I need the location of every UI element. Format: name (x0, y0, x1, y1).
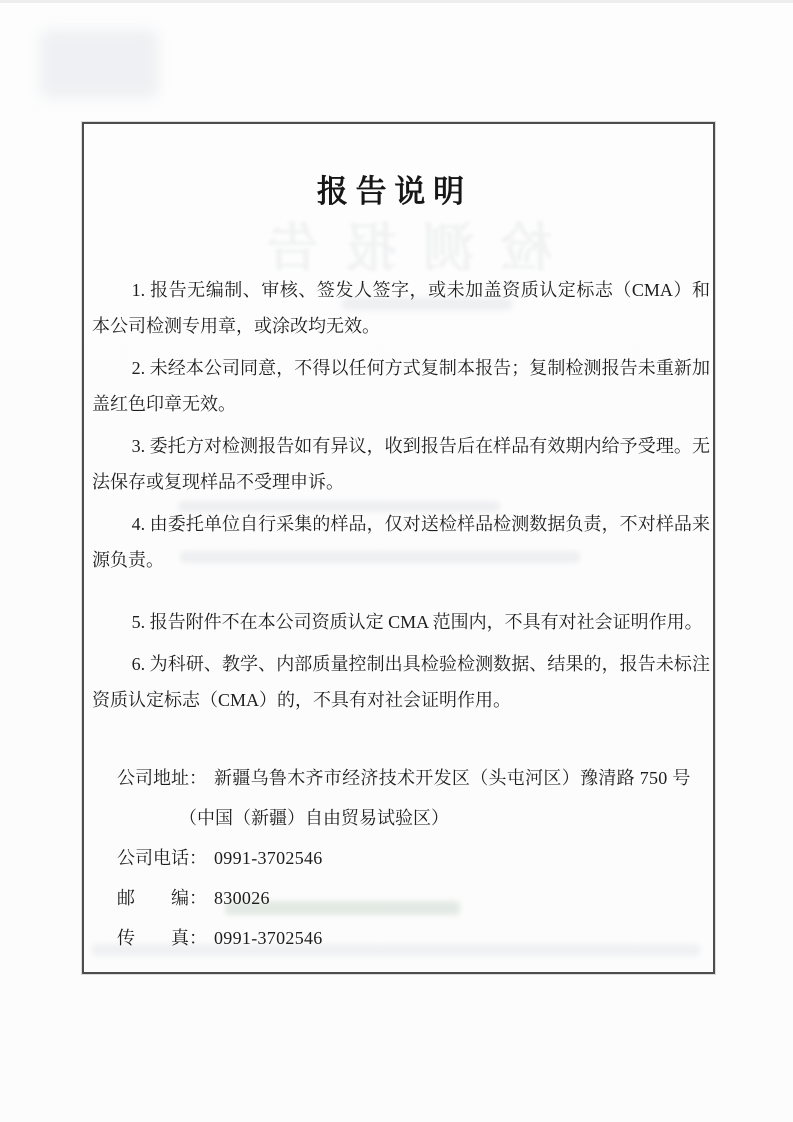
fax-value: 0991-3702546 (214, 928, 323, 948)
company-phone-row: 公司电话：0991-3702546 (117, 838, 713, 878)
company-address-value: 新疆乌鲁木齐市经济技术开发区（头屯河区）豫清路 750 号 (214, 768, 691, 788)
postcode-row: 邮 编：830026 (117, 878, 713, 918)
note-item-3: 3. 委托方对检测报告如有异议，收到报告后在样品有效期内给予受理。无法保存或复现… (92, 428, 710, 500)
company-address-line2: （中国（新疆）自由贸易试验区） (117, 798, 713, 838)
note-item-5: 5. 报告附件不在本公司资质认定 CMA 范围内，不具有对社会证明作用。 (92, 604, 710, 640)
note-item-4: 4. 由委托单位自行采集的样品，仅对送检样品检测数据负责，不对样品来源负责。 (92, 506, 710, 578)
scan-edge-artifact (0, 0, 793, 3)
page-title: 报 告 说 明 (76, 173, 705, 210)
note-item-1: 1. 报告无编制、审核、签发人签字，或未加盖资质认定标志（CMA）和本公司检测专… (92, 272, 710, 344)
bleed-through-artifact (40, 30, 158, 98)
postcode-value: 830026 (214, 888, 270, 908)
company-address-label: 公司地址： (117, 758, 207, 798)
note-item-2: 2. 未经本公司同意，不得以任何方式复制本报告；复制检测报告未重新加盖红色印章无… (92, 350, 710, 422)
company-address-row: 公司地址：新疆乌鲁木齐市经济技术开发区（头屯河区）豫清路 750 号 (117, 758, 713, 798)
fax-row: 传 真：0991-3702546 (117, 918, 713, 958)
notes-list: 1. 报告无编制、审核、签发人签字，或未加盖资质认定标志（CMA）和本公司检测专… (84, 272, 713, 718)
company-address-line2-text: （中国（新疆）自由贸易试验区） (179, 808, 449, 828)
postcode-label: 邮 编： (117, 878, 207, 918)
scanned-document-page: 检测报告 报 告 说 明 1. 报告无编制、审核、签发人签字，或未加盖资质认定标… (0, 0, 793, 1122)
contact-block: 公司地址：新疆乌鲁木齐市经济技术开发区（头屯河区）豫清路 750 号 （中国（新… (84, 758, 713, 958)
note-item-6: 6. 为科研、教学、内部质量控制出具检验检测数据、结果的，报告未标注资质认定标志… (92, 646, 710, 718)
report-notes-frame: 报 告 说 明 1. 报告无编制、审核、签发人签字，或未加盖资质认定标志（CMA… (82, 122, 715, 974)
company-phone-value: 0991-3702546 (214, 848, 323, 868)
fax-label: 传 真： (117, 918, 207, 958)
company-phone-label: 公司电话： (117, 838, 207, 878)
